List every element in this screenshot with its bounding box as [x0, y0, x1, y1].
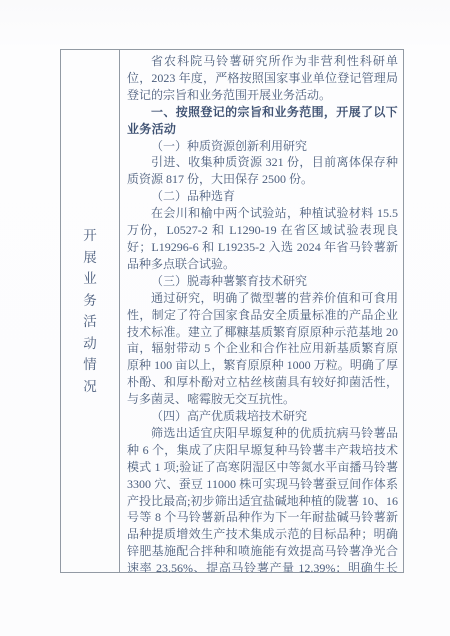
- activity-content-cell: 省农科院马铃薯研究所作为非营利性科研单位，2023 年度，严格按照国家事业单位登…: [120, 50, 403, 572]
- subsection-heading-4: （四）高产优质栽培技术研究: [127, 408, 398, 425]
- subsection-body-2: 在会川和榆中两个试验站，种植试验材料 15.5 万份，L0527-2 和 L12…: [127, 205, 398, 273]
- row-label: 开展业务活动情况: [83, 225, 98, 397]
- subsection-body-1: 引进、收集种质资源 321 份，目前离体保存种质资源 817 份，大田保存 25…: [127, 154, 398, 188]
- subsection-heading-3: （三）脱毒种薯繁育技术研究: [127, 273, 398, 290]
- subsection-heading-1: （一）种质资源创新利用研究: [127, 138, 398, 155]
- intro-paragraph: 省农科院马铃薯研究所作为非营利性科研单位，2023 年度，严格按照国家事业单位登…: [127, 53, 398, 104]
- row-label-cell: 开展业务活动情况: [61, 50, 120, 572]
- subsection-body-4: 筛选出适宜庆阳早塬复种的优质抗病马铃薯品种 6 个，集成了庆阳早塬复种马铃薯丰产…: [127, 425, 398, 572]
- scanned-document-page: 开展业务活动情况 省农科院马铃薯研究所作为非营利性科研单位，2023 年度，严格…: [0, 0, 450, 636]
- info-table: 开展业务活动情况 省农科院马铃薯研究所作为非营利性科研单位，2023 年度，严格…: [60, 49, 404, 573]
- subsection-heading-2: （二）品种选育: [127, 188, 398, 205]
- subsection-body-3: 通过研究，明确了微型薯的营养价值和可食用性，制定了符合国家食品安全质量标准的产品…: [127, 290, 398, 408]
- section-heading: 一、按照登记的宗旨和业务范围，开展了以下业务活动: [127, 104, 398, 138]
